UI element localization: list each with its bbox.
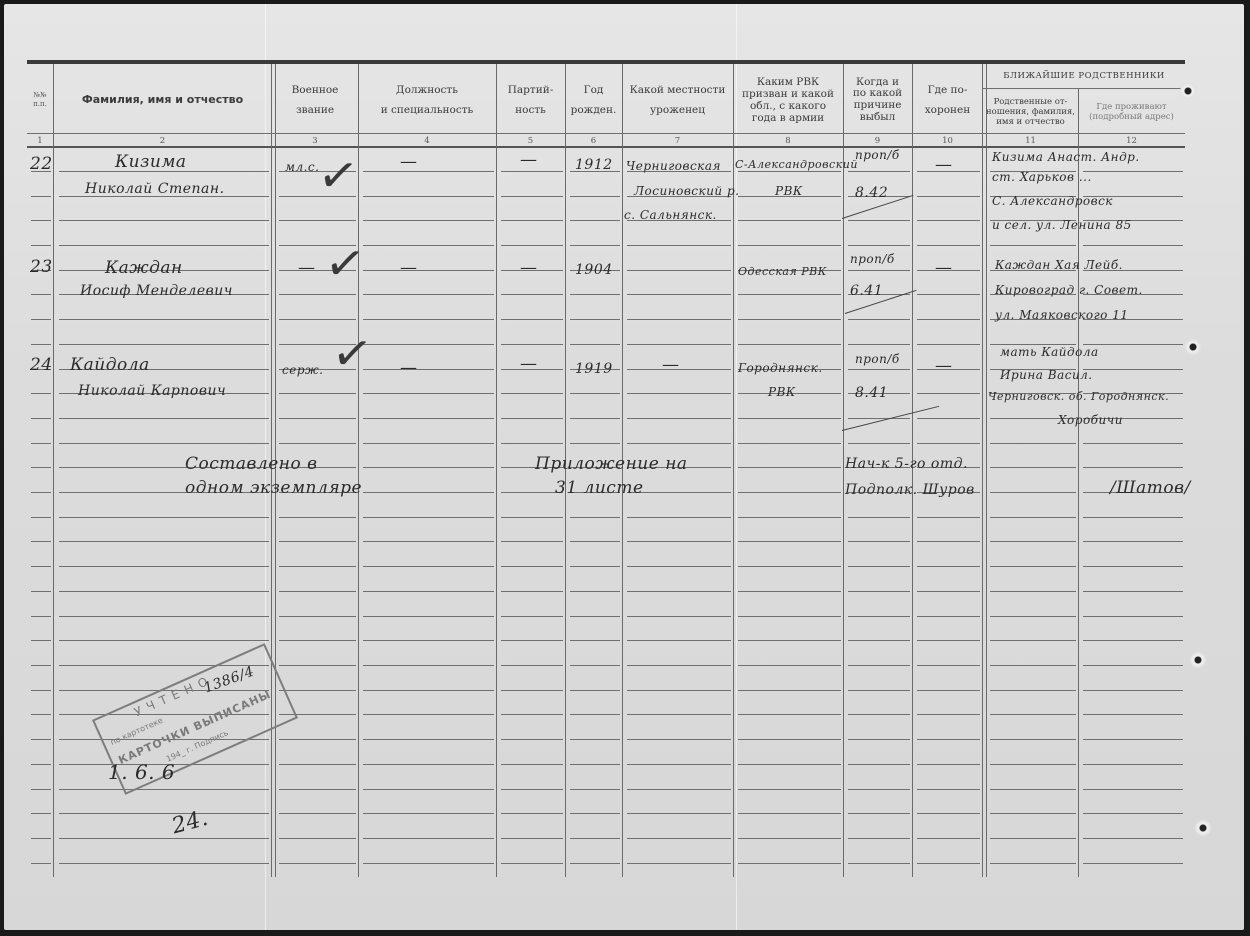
ruled-line: [570, 418, 620, 419]
ruled-line: [279, 393, 356, 394]
entry-relative: Каждан Хая Лейб.: [995, 258, 1123, 272]
entry-relative: Ирина Васил.: [1000, 368, 1093, 382]
ruled-line: [738, 294, 841, 295]
entry-relative: Черниговск. об. Городнянск.: [988, 390, 1169, 403]
ruled-line: [990, 640, 1076, 641]
entry-surname: Кизима: [115, 152, 187, 172]
header-bottom-border: [27, 146, 1185, 148]
ruled-line: [738, 665, 841, 666]
ruled-line: [31, 492, 51, 493]
ruled-line: [627, 690, 731, 691]
ruled-line: [848, 813, 910, 814]
ruled-line: [31, 739, 51, 740]
entry-birth-year: 1919: [575, 361, 613, 377]
column-divider: [358, 64, 359, 877]
entry-birth-year: 1904: [575, 262, 613, 278]
ruled-line: [1083, 714, 1183, 715]
ruled-line: [848, 443, 910, 444]
ruled-line: [31, 714, 51, 715]
ruled-line: [363, 863, 494, 864]
ruled-line: [363, 838, 494, 839]
ruled-line: [990, 714, 1076, 715]
ruled-line: [627, 739, 731, 740]
header-label: обл., с какого: [750, 100, 826, 112]
ruled-line: [570, 541, 620, 542]
ruled-line: [738, 616, 841, 617]
entry-rvk: С-Александровский: [735, 158, 858, 171]
signature: /Шатов/: [1110, 478, 1191, 498]
header-label: звание: [296, 103, 334, 117]
header-col-3: Военное звание: [272, 75, 358, 125]
ruled-line: [848, 665, 910, 666]
ruled-line: [627, 566, 731, 567]
ruled-line: [501, 393, 563, 394]
ruled-line: [848, 690, 910, 691]
ruled-line: [363, 492, 494, 493]
ruled-line: [848, 319, 910, 320]
ruled-line: [917, 838, 980, 839]
ruled-line: [627, 418, 731, 419]
ruled-line: [738, 690, 841, 691]
ruled-line: [59, 541, 269, 542]
attachment-note: Приложение на: [535, 454, 688, 474]
ruled-line: [501, 789, 563, 790]
entry-position: —: [400, 152, 418, 172]
ruled-line: [1083, 369, 1183, 370]
ruled-line: [363, 171, 494, 172]
ruled-line: [1083, 171, 1183, 172]
ruled-line: [738, 813, 841, 814]
ruled-line: [363, 369, 494, 370]
ruled-line: [917, 739, 980, 740]
entry-birthplace: —: [662, 355, 680, 375]
ruled-line: [31, 690, 51, 691]
entry-rvk: Одесская РВК: [738, 265, 827, 278]
ruled-line: [31, 863, 51, 864]
ruled-line: [848, 616, 910, 617]
ruled-line: [570, 690, 620, 691]
entry-reason-date: 6.41: [850, 283, 883, 299]
ruled-line: [31, 517, 51, 518]
column-divider: [496, 64, 497, 877]
ruled-line: [31, 393, 51, 394]
ruled-line: [501, 196, 563, 197]
ruled-line: [990, 838, 1076, 839]
ruled-line: [570, 319, 620, 320]
ruled-line: [848, 640, 910, 641]
ruled-line: [279, 294, 356, 295]
ruled-line: [363, 541, 494, 542]
chief-title: Нач-к 5-го отд.: [845, 456, 968, 472]
ruled-line: [848, 171, 910, 172]
ruled-line: [363, 739, 494, 740]
ruled-line: [363, 665, 494, 666]
ruled-line: [848, 344, 910, 345]
ruled-line: [363, 764, 494, 765]
ruled-line: [570, 764, 620, 765]
ruled-line: [31, 789, 51, 790]
ruled-line: [363, 220, 494, 221]
ruled-line: [1083, 566, 1183, 567]
column-number: 9: [843, 136, 912, 146]
entry-relative: Хоробичи: [1058, 413, 1123, 427]
ruled-line: [279, 789, 356, 790]
ruled-line: [279, 517, 356, 518]
ruled-line: [738, 245, 841, 246]
ruled-line: [570, 838, 620, 839]
ruled-line: [848, 541, 910, 542]
ruled-line: [31, 245, 51, 246]
ruled-line: [363, 813, 494, 814]
ruled-line: [738, 640, 841, 641]
ruled-line: [917, 393, 980, 394]
ruled-line: [501, 220, 563, 221]
entry-reason: проп/б: [855, 352, 900, 366]
ruled-line: [1083, 640, 1183, 641]
header-col-4: Должность и специальность: [358, 75, 496, 125]
ruled-line: [363, 690, 494, 691]
ruled-line: [917, 616, 980, 617]
ruled-line: [31, 566, 51, 567]
ruled-line: [501, 418, 563, 419]
ruled-line: [570, 443, 620, 444]
ruled-line: [570, 739, 620, 740]
header-label: ношения, фамилия,: [986, 107, 1075, 117]
ruled-line: [279, 566, 356, 567]
header-label: призван и какой: [742, 88, 834, 100]
ruled-line: [363, 467, 494, 468]
ruled-line: [31, 220, 51, 221]
ruled-line: [570, 344, 620, 345]
ruled-line: [738, 344, 841, 345]
ruled-line: [848, 714, 910, 715]
header-col-11: Родственные от- ношения, фамилия, имя и …: [983, 92, 1078, 132]
entry-relative: Кировоград г. Совет.: [995, 283, 1143, 297]
header-label: Где проживают: [1096, 102, 1166, 112]
ruled-line: [990, 665, 1076, 666]
ruled-line: [279, 764, 356, 765]
ruled-line: [501, 813, 563, 814]
ruled-line: [279, 665, 356, 666]
ruled-line: [627, 863, 731, 864]
ruled-line: [848, 245, 910, 246]
ruled-line: [848, 566, 910, 567]
header-label: Родственные от-: [994, 97, 1068, 107]
ruled-line: [501, 838, 563, 839]
column-divider: [843, 64, 844, 877]
group-divider: [983, 88, 1185, 89]
ruled-line: [31, 344, 51, 345]
entry-rank: серж.: [282, 363, 323, 377]
ruled-line: [917, 863, 980, 864]
entry-name: Николай Степан.: [85, 181, 225, 197]
ruled-line: [1083, 591, 1183, 592]
header-label: Партий-: [508, 83, 554, 97]
ruled-line: [279, 319, 356, 320]
punch-hole: [1195, 820, 1211, 836]
ruled-line: [501, 566, 563, 567]
ruled-line: [279, 838, 356, 839]
ruled-line: [1083, 690, 1183, 691]
header-label: ность: [515, 103, 546, 117]
ruled-line: [570, 863, 620, 864]
header-col-2: Фамилия, имя и отчество: [53, 70, 272, 130]
entry-buried: —: [935, 155, 953, 175]
ruled-line: [738, 714, 841, 715]
ruled-line: [990, 764, 1076, 765]
ruled-line: [570, 517, 620, 518]
entry-buried: —: [935, 258, 953, 278]
ruled-line: [363, 245, 494, 246]
punch-hole: [1180, 83, 1196, 99]
entry-reason-date: 8.42: [855, 185, 888, 201]
ruled-line: [848, 418, 910, 419]
ruled-line: [1083, 838, 1183, 839]
header-label: причине: [854, 100, 902, 112]
ruled-line: [738, 566, 841, 567]
column-number: 11: [983, 136, 1078, 146]
entry-relative: и сел. ул. Ленина 85: [992, 218, 1132, 232]
ruled-line: [990, 616, 1076, 617]
entry-number: 22: [30, 154, 53, 174]
ruled-line: [501, 591, 563, 592]
stamp-handwritten-date: 1. 6. 6: [108, 760, 175, 784]
ruled-line: [59, 863, 269, 864]
ruled-line: [917, 714, 980, 715]
column-number: 4: [358, 136, 496, 146]
ruled-line: [59, 344, 269, 345]
ruled-line: [363, 294, 494, 295]
ruled-line: [738, 863, 841, 864]
entry-number: 24: [30, 355, 53, 375]
column-number: 5: [496, 136, 565, 146]
ruled-line: [363, 591, 494, 592]
ruled-line: [627, 838, 731, 839]
ruled-line: [363, 196, 494, 197]
ruled-line: [848, 838, 910, 839]
ruled-line: [627, 813, 731, 814]
header-divider: [27, 133, 1185, 134]
ruled-line: [627, 616, 731, 617]
ruled-line: [31, 813, 51, 814]
ruled-line: [627, 764, 731, 765]
ruled-line: [1083, 813, 1183, 814]
ruled-line: [570, 789, 620, 790]
header-label: Где по-: [928, 83, 968, 97]
ruled-line: [31, 764, 51, 765]
ruled-line: [990, 541, 1076, 542]
ruled-line: [990, 245, 1076, 246]
ruled-line: [990, 492, 1076, 493]
ruled-line: [627, 714, 731, 715]
ruled-line: [738, 789, 841, 790]
ruled-line: [738, 764, 841, 765]
header-label: Какой местности: [630, 83, 726, 97]
ruled-line: [1083, 789, 1183, 790]
ruled-line: [570, 665, 620, 666]
ruled-line: [848, 789, 910, 790]
ruled-line: [990, 789, 1076, 790]
ruled-line: [627, 443, 731, 444]
entry-birthplace: Черниговская: [626, 159, 721, 173]
compiled-note: Составлено в: [185, 454, 318, 474]
ruled-line: [917, 319, 980, 320]
ruled-line: [501, 344, 563, 345]
ruled-line: [627, 640, 731, 641]
ruled-line: [501, 443, 563, 444]
column-divider: [53, 64, 54, 877]
ruled-line: [627, 393, 731, 394]
entry-position: —: [400, 258, 418, 278]
ruled-line: [59, 640, 269, 641]
checkmark-icon: ✓: [322, 237, 369, 290]
ruled-line: [570, 640, 620, 641]
ruled-line: [570, 393, 620, 394]
ruled-line: [627, 541, 731, 542]
ruled-line: [917, 813, 980, 814]
ruled-line: [363, 714, 494, 715]
ruled-line: [917, 566, 980, 567]
ruled-line: [501, 863, 563, 864]
ruled-line: [31, 319, 51, 320]
ruled-line: [31, 838, 51, 839]
ruled-line: [917, 294, 980, 295]
ruled-line: [990, 739, 1076, 740]
ruled-line: [917, 764, 980, 765]
attachment-note: 31 листе: [555, 478, 644, 498]
ruled-line: [917, 443, 980, 444]
entry-birthplace: с. Сальнянск.: [624, 208, 717, 222]
ruled-line: [917, 517, 980, 518]
ruled-line: [848, 517, 910, 518]
entry-birthplace: Лосиновский р.: [634, 184, 739, 198]
header-label: (подробный адрес): [1089, 112, 1174, 122]
ruled-line: [627, 344, 731, 345]
ruled-line: [501, 764, 563, 765]
column-number: 12: [1078, 136, 1185, 146]
ruled-line: [848, 764, 910, 765]
column-number: 7: [622, 136, 733, 146]
ruled-line: [1083, 764, 1183, 765]
checkmark-icon: ✓: [329, 327, 376, 380]
ruled-line: [990, 591, 1076, 592]
entry-rvk: РВК: [768, 385, 796, 399]
ruled-line: [917, 640, 980, 641]
ruled-line: [363, 443, 494, 444]
punch-hole: [1185, 339, 1201, 355]
ruled-line: [738, 517, 841, 518]
entry-position: —: [400, 358, 418, 378]
ruled-line: [59, 616, 269, 617]
entry-relative: С. Александровск: [992, 194, 1113, 208]
ruled-line: [917, 196, 980, 197]
ruled-line: [738, 418, 841, 419]
header-col-12: Где проживают (подробный адрес): [1078, 92, 1185, 132]
entry-birth-year: 1912: [575, 157, 613, 173]
entry-surname: Каждан: [105, 258, 183, 278]
header-label: Каким РВК: [757, 76, 819, 88]
ruled-line: [363, 418, 494, 419]
ruled-line: [1083, 443, 1183, 444]
ruled-line: [917, 690, 980, 691]
entry-buried: —: [935, 356, 953, 376]
ruled-line: [917, 789, 980, 790]
entry-reason: проп/б: [850, 252, 895, 266]
ruled-line: [501, 294, 563, 295]
ruled-line: [31, 640, 51, 641]
ruled-line: [627, 294, 731, 295]
header-col-10: Где по- хоронен: [912, 75, 983, 125]
ruled-line: [1083, 467, 1183, 468]
table-top-border: [27, 60, 1185, 64]
ruled-line: [1083, 517, 1183, 518]
ruled-line: [279, 591, 356, 592]
ruled-line: [501, 640, 563, 641]
ruled-line: [738, 220, 841, 221]
entry-reason-date: 8.41: [855, 385, 888, 401]
entry-relative: ст. Харьков ...: [992, 170, 1092, 184]
header-col-7: Какой местности уроженец: [622, 75, 733, 125]
ruled-line: [990, 863, 1076, 864]
header-col-6: Год рожден.: [565, 75, 622, 125]
header-label: уроженец: [650, 103, 705, 117]
ruled-line: [279, 690, 356, 691]
ruled-line: [363, 319, 494, 320]
header-label: выбыл: [860, 112, 896, 124]
ruled-line: [31, 196, 51, 197]
entry-relative: ул. Маяковского 11: [995, 308, 1128, 322]
entry-surname: Кайдола: [70, 355, 150, 375]
ruled-line: [738, 541, 841, 542]
ruled-line: [848, 369, 910, 370]
column-number: 10: [912, 136, 983, 146]
entry-relative: мать Кайдола: [1000, 345, 1099, 359]
ruled-line: [738, 739, 841, 740]
ruled-line: [31, 665, 51, 666]
ruled-line: [627, 319, 731, 320]
ruled-line: [59, 838, 269, 839]
ruled-line: [570, 566, 620, 567]
ruled-line: [990, 443, 1076, 444]
ruled-line: [279, 443, 356, 444]
column-number: 1: [27, 136, 53, 146]
ruled-line: [279, 418, 356, 419]
ruled-line: [917, 541, 980, 542]
column-number: 8: [733, 136, 843, 146]
ruled-line: [501, 690, 563, 691]
ruled-line: [627, 789, 731, 790]
ruled-line: [917, 665, 980, 666]
compiled-note: одном экземпляре: [185, 478, 362, 498]
ruled-line: [501, 714, 563, 715]
header-relatives-group: БЛИЖАЙШИЕ РОДСТВЕННИКИ: [983, 66, 1185, 86]
header-label: хоронен: [925, 103, 971, 117]
entry-rank: мл.с.: [285, 160, 319, 174]
ruled-line: [59, 591, 269, 592]
entry-name: Иосиф Менделевич: [80, 283, 233, 299]
ruled-line: [279, 739, 356, 740]
ruled-line: [990, 467, 1076, 468]
ruled-line: [570, 616, 620, 617]
ruled-line: [59, 245, 269, 246]
ruled-line: [848, 739, 910, 740]
ruled-line: [501, 616, 563, 617]
ruled-line: [570, 714, 620, 715]
ruled-line: [917, 220, 980, 221]
ruled-line: [59, 319, 269, 320]
ruled-line: [848, 591, 910, 592]
ruled-line: [627, 270, 731, 271]
